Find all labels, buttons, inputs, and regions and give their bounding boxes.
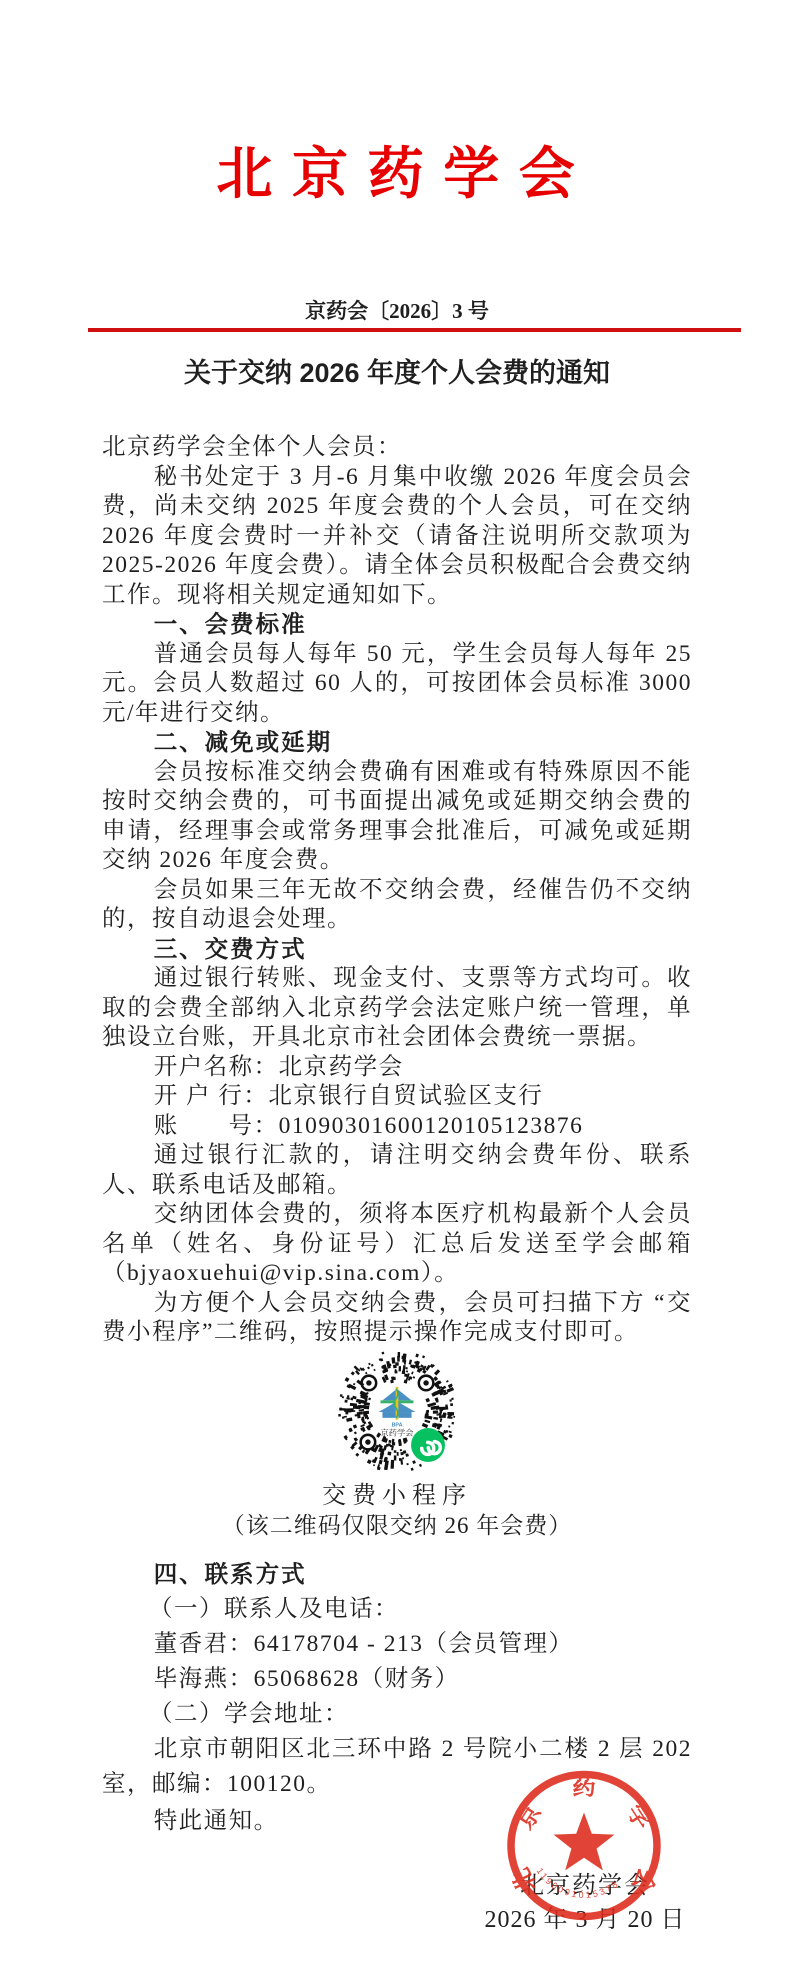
notice-title: 关于交纳 2026 年度个人会费的通知	[0, 355, 794, 391]
bpa-logo-name: 京药学会	[381, 1427, 414, 1437]
body-paragraph: 通过银行汇款的，请注明交纳会费年份、联系人、联系电话及邮箱。	[102, 1141, 692, 1200]
org-title: 北 京 药 学 会	[0, 140, 794, 210]
contact-section: 四、联系方式（一）联系人及电话：董香君：64178704 - 213（会员管理）…	[102, 1557, 692, 1802]
body-paragraph: 三、交费方式	[102, 935, 692, 965]
qr-note: （该二维码仅限交纳 26 年会费）	[0, 1511, 794, 1541]
body-paragraph: 秘书处定于 3 月-6 月集中收缴 2026 年度会员会费，尚未交纳 2025 …	[102, 463, 692, 611]
red-divider-line	[88, 328, 741, 332]
contact-line: （一）联系人及电话：	[102, 1592, 692, 1627]
notice-document: 北 京 药 学 会 京药会〔2026〕3 号 关于交纳 2026 年度个人会费的…	[0, 0, 794, 1980]
contact-line: 毕海燕：65068628（财务）	[102, 1662, 692, 1697]
body-paragraph: 交纳团体会费的，须将本医疗机构最新个人会员名单（姓名、身份证号）汇总后发送至学会…	[102, 1200, 692, 1289]
body-paragraph: 一、会费标准	[102, 610, 692, 640]
body-paragraph: 会员如果三年无故不交纳会费，经催告仍不交纳的，按自动退会处理。	[102, 876, 692, 935]
body-paragraph: 账 号：01090301600120105123876	[102, 1112, 692, 1142]
contact-line: （二）学会地址：	[102, 1697, 692, 1732]
contact-line: 四、联系方式	[102, 1557, 692, 1592]
salutation: 北京药学会全体个人会员：	[102, 433, 692, 463]
notice-body: 北京药学会全体个人会员： 秘书处定于 3 月-6 月集中收缴 2026 年度会员…	[102, 433, 692, 1348]
seal-star	[554, 1813, 615, 1871]
body-paragraph: 二、减免或延期	[102, 728, 692, 758]
payment-qr-code[interactable]: BPA 京药学会	[334, 1350, 460, 1476]
qr-caption: 交费小程序	[0, 1481, 794, 1511]
contact-line: 董香君：64178704 - 213（会员管理）	[102, 1627, 692, 1662]
qr-block: BPA 京药学会 交费小程序 （该二维码仅限交纳 26 年会费）	[0, 1350, 794, 1541]
doc-number: 京药会〔2026〕3 号	[0, 296, 794, 326]
seal-code: 1190001015378	[535, 1866, 622, 1900]
body-paragraph: 会员按标准交纳会费确有困难或有特殊原因不能按时交纳会费的，可书面提出减免或延期交…	[102, 758, 692, 876]
body-paragraph: 开户名称：北京药学会	[102, 1053, 692, 1083]
official-seal: 北 京 药 学 会 1190001015378	[504, 1768, 664, 1924]
body-paragraph: 通过银行转账、现金支付、支票等方式均可。收取的会费全部纳入北京药学会法定账户统一…	[102, 964, 692, 1053]
body-section: 秘书处定于 3 月-6 月集中收缴 2026 年度会员会费，尚未交纳 2025 …	[102, 463, 692, 1348]
body-paragraph: 开 户 行：北京银行自贸试验区支行	[102, 1082, 692, 1112]
body-paragraph: 普通会员每人每年 50 元，学生会员每人每年 25 元。会员人数超过 60 人的…	[102, 640, 692, 729]
svg-text:药: 药	[572, 1774, 596, 1801]
body-paragraph: 为方便个人会员交纳会费，会员可扫描下方 “交费小程序”二维码，按照提示操作完成支…	[102, 1289, 692, 1348]
wechat-miniprogram-icon	[411, 1428, 445, 1462]
